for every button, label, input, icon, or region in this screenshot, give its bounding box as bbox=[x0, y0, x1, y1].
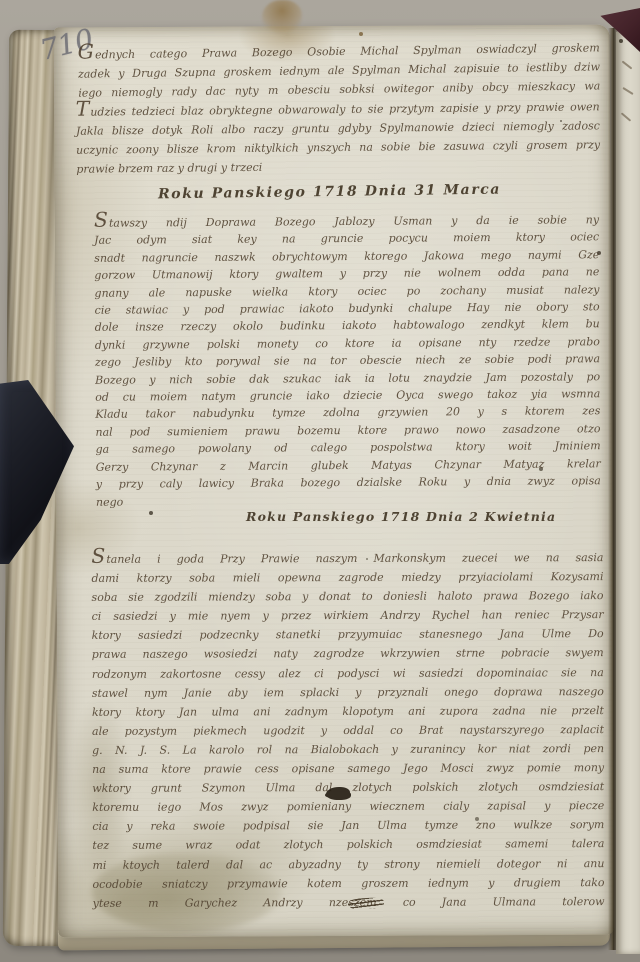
paragraph-3: Stawszy ndij Doprawa Bozego Jablozy Usma… bbox=[94, 210, 601, 510]
manuscript-line: y przy caly lawicy Braka bozego dzialske… bbox=[96, 472, 601, 493]
manuscript-photo: 710 Gednych catego Prawa Bozego Osobie M… bbox=[0, 0, 640, 962]
facing-page-sliver bbox=[616, 32, 640, 954]
heading-roku-panskiego-2-kwietnia: Roku Panskiego 1718 Dnia 2 Kwietnia bbox=[246, 509, 556, 524]
manuscript-line: prawa naszego wsosiedzi naty zagrodze wk… bbox=[92, 644, 604, 665]
facing-page-writing bbox=[622, 61, 633, 70]
manuscript-line: ale pozystym piekmech ugodzit y oddal co… bbox=[92, 720, 604, 741]
manuscript-line: tez sume wraz odat zlotych polskich osmd… bbox=[92, 835, 604, 856]
ink-blot bbox=[326, 787, 350, 800]
manuscript-line: ci sasiedzi y mie nyem y przez wirkiem A… bbox=[92, 605, 604, 626]
manuscript-line: na suma ktore prawie cess opisane samego… bbox=[92, 758, 604, 779]
manuscript-line: Stanela i goda Przy Prawie naszym Markon… bbox=[91, 548, 603, 569]
manuscript-line: dami ktorzy soba mieli opewna zagrode mi… bbox=[91, 567, 603, 588]
facing-page-writing bbox=[622, 87, 633, 95]
facing-page-writing bbox=[621, 112, 631, 121]
paragraph-4: Stanela i goda Przy Prawie naszym Markon… bbox=[91, 548, 604, 913]
manuscript-line: ktory sasiedzi podzecnky stanetki przyym… bbox=[92, 624, 604, 645]
manuscript-line: soba sie zgodzili miendzy soba y donat t… bbox=[92, 586, 604, 607]
paper-speckles bbox=[0, 0, 2, 2]
manuscript-line: ktory ktory Jan ulma ani zadnym klopotym… bbox=[92, 701, 604, 722]
paragraph-1: Gednych catego Prawa Bozego Osobie Micha… bbox=[78, 38, 601, 102]
manuscript-line: ocodobie sniatczy przymawie kotem grosze… bbox=[93, 873, 605, 894]
manuscript-line: g. N. J. S. La karolo rol na Bialobokach… bbox=[92, 739, 604, 760]
manuscript-line: cia y reka swoie podpisal sie Jan Ulma t… bbox=[92, 815, 604, 836]
manuscript-line: ktoremu iego Mos zwyz pomieniany wieczne… bbox=[92, 796, 604, 817]
manuscript-line: mi ktoych talerd dal ac abyzadny ty stro… bbox=[92, 854, 604, 875]
manuscript-line: nego bbox=[96, 490, 601, 511]
manuscript-line: stawel nym Janie aby iem splacki y przyz… bbox=[92, 682, 604, 703]
paragraph-2: Tudzies tedzieci blaz obryktegne obwarow… bbox=[76, 97, 601, 178]
manuscript-line: rodzonym zakortosne cessy alez ci podysc… bbox=[92, 663, 604, 684]
